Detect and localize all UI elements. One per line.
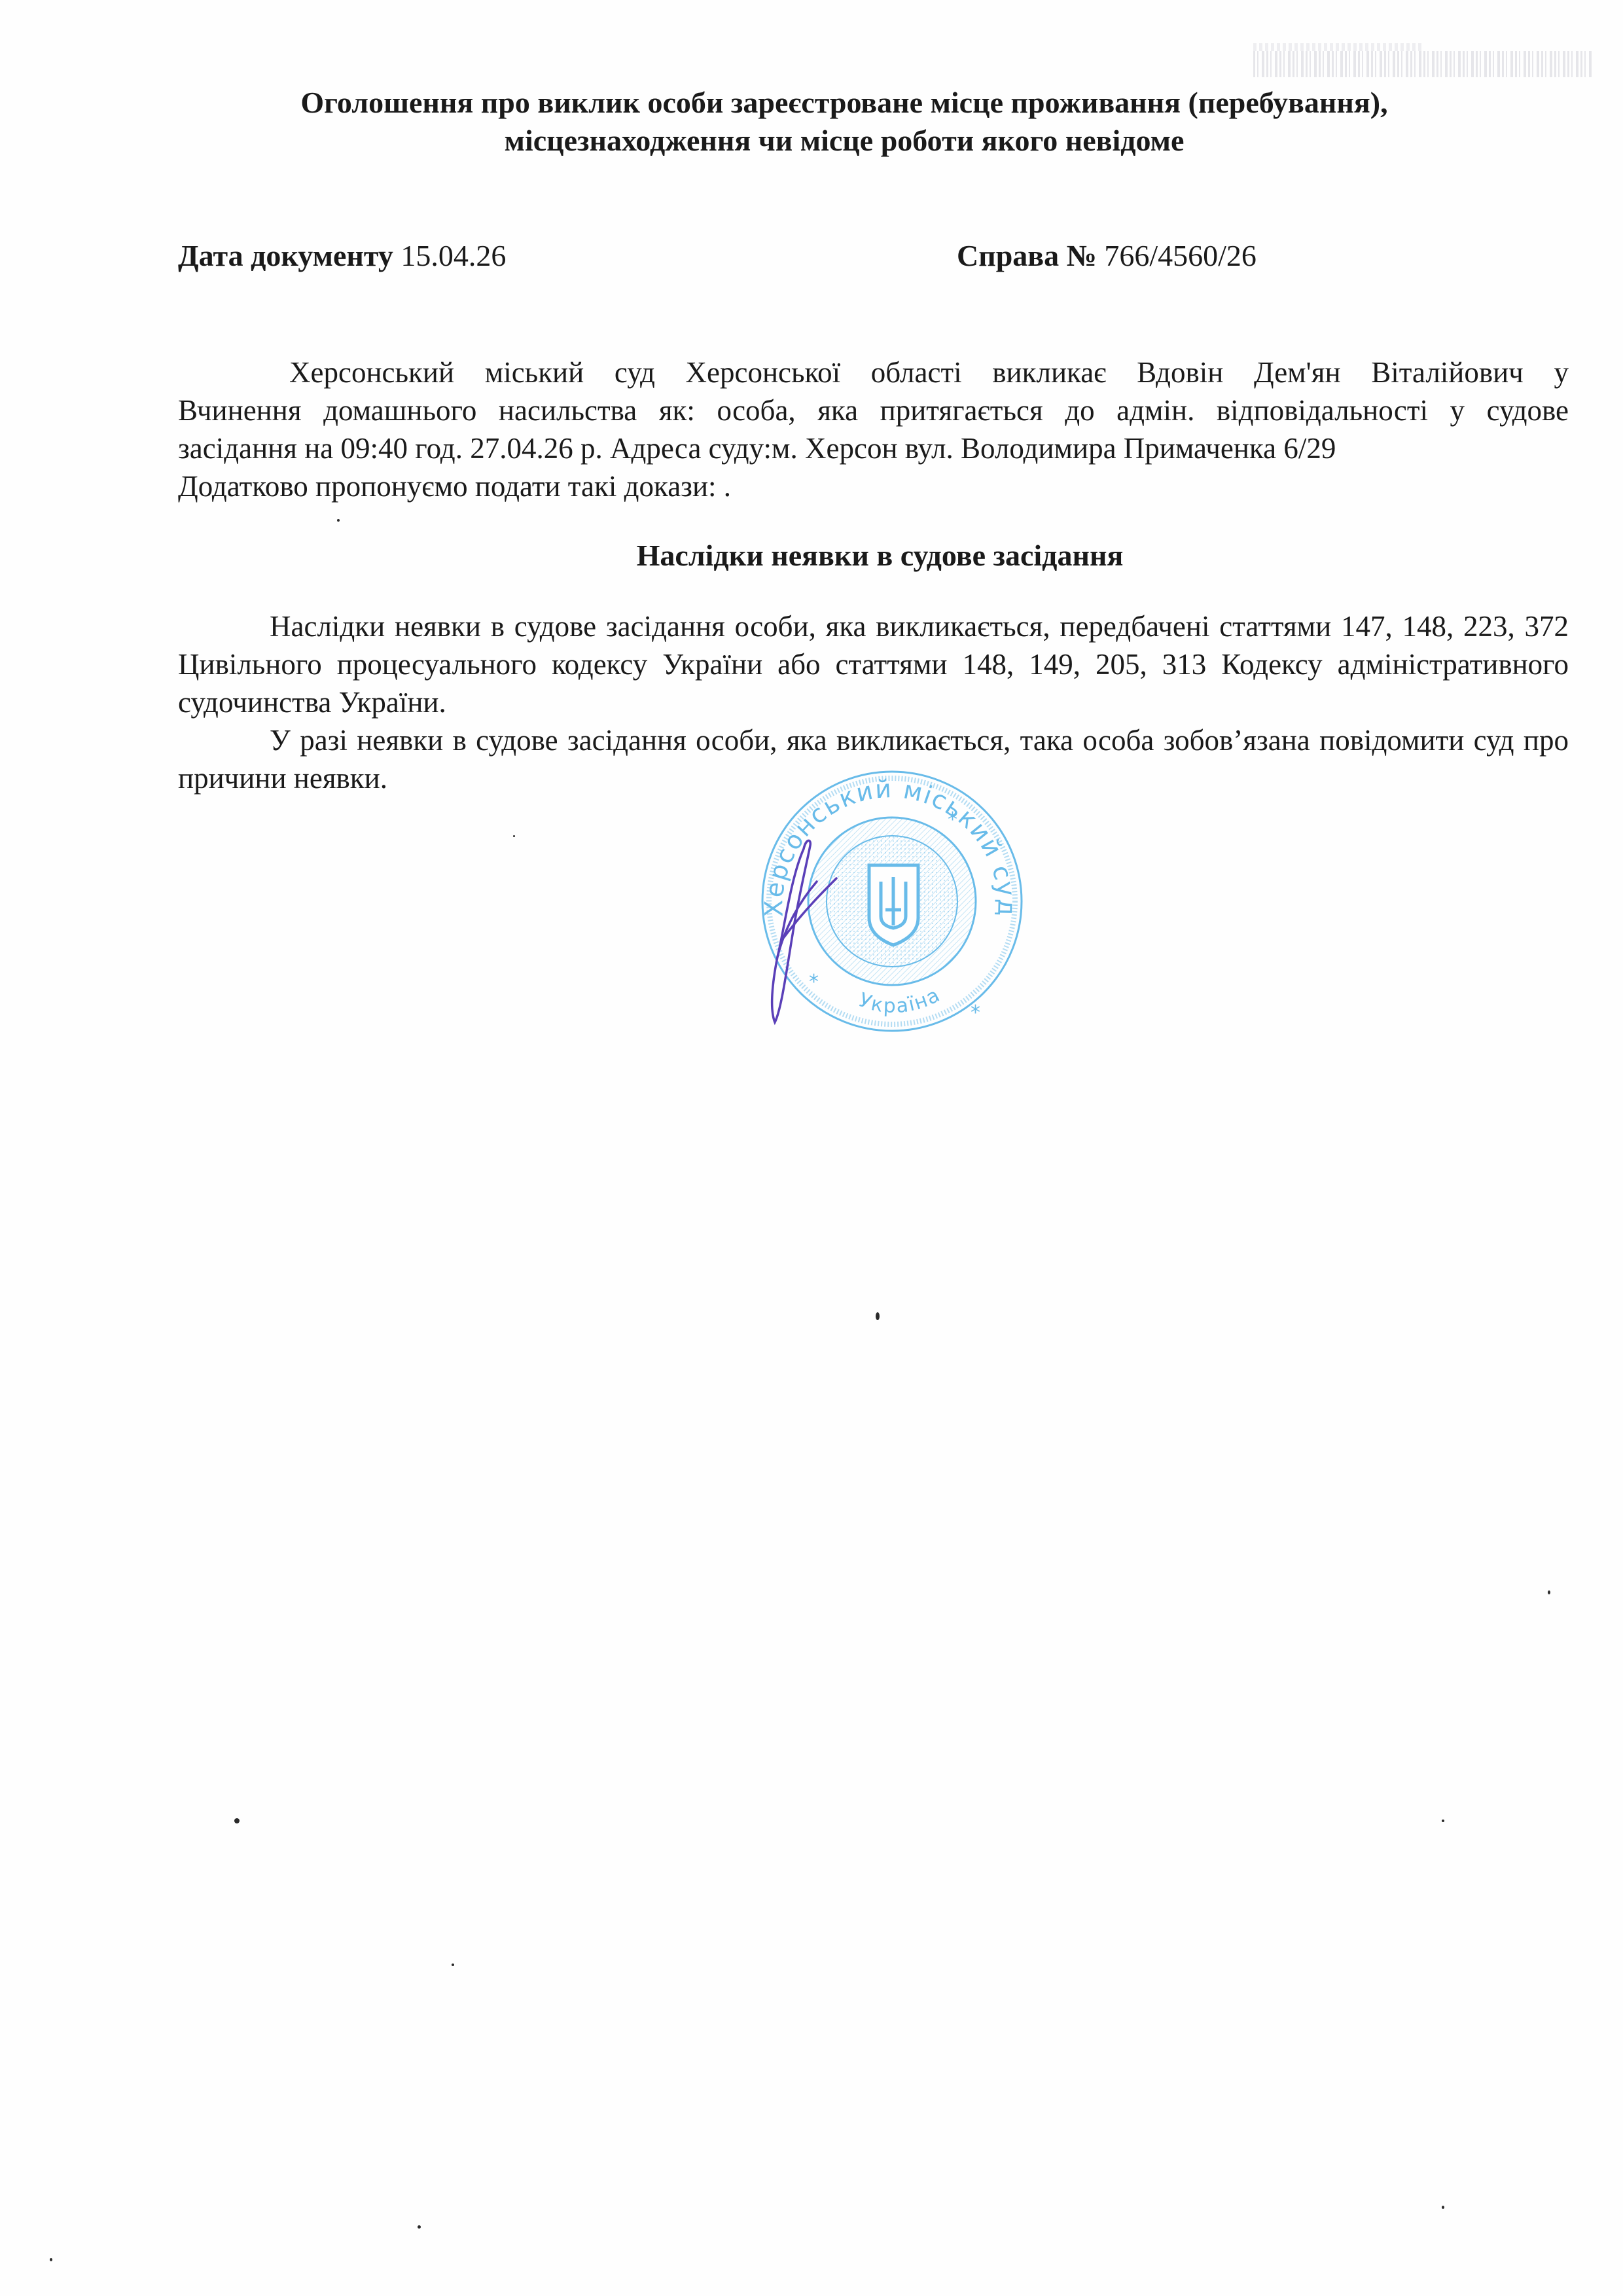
date-label: Дата документу — [178, 239, 393, 272]
summons-line-1: Херсонський міський суд Херсонської обла… — [178, 353, 1569, 391]
scan-speck — [876, 1312, 880, 1320]
consequences-paragraph-1: Наслідки неявки в судове засідання особи… — [178, 607, 1569, 721]
svg-text:*: * — [809, 971, 819, 994]
summons-paragraph: Херсонський міський суд Херсонської обла… — [178, 353, 1569, 505]
svg-text:*: * — [948, 808, 957, 831]
summons-line-4: Додатково пропонуємо подати такі докази:… — [178, 467, 1569, 505]
scan-speck — [50, 2258, 52, 2261]
scan-speck — [337, 519, 340, 522]
case-value: 766/4560/26 — [1104, 239, 1257, 272]
case-number: Справа № 766/4560/26 — [957, 237, 1257, 275]
date-value: 15.04.26 — [401, 239, 506, 272]
court-stamp: Херсонський міський суд Херсонської обла… — [738, 761, 1046, 1035]
scan-speck — [1442, 2206, 1444, 2209]
case-label: Справа № — [957, 239, 1097, 272]
barcode-bleed-through-text — [1253, 43, 1423, 51]
scan-speck — [452, 1964, 454, 1966]
consequences-heading: Наслідки неявки в судове засідання — [178, 537, 1569, 575]
summons-line-3: засідання на 09:40 год. 27.04.26 р. Адре… — [178, 429, 1569, 467]
svg-text:*: * — [971, 1001, 980, 1024]
svg-text:Україна: Україна — [856, 983, 945, 1018]
scan-speck — [1548, 1590, 1550, 1594]
document-title: Оголошення про виклик особи зареєстрован… — [0, 84, 1623, 160]
stamp-seal-icon: Херсонський міський суд Херсонської обла… — [738, 761, 1046, 1035]
scan-speck — [418, 2225, 421, 2229]
title-line-1: Оголошення про виклик особи зареєстрован… — [65, 84, 1623, 122]
document-date: Дата документу 15.04.26 — [178, 237, 506, 275]
document-meta-row: Дата документу 15.04.26 Справа № 766/456… — [178, 237, 1572, 276]
summons-line-2: Вчинення домашнього насильства як: особа… — [178, 391, 1569, 429]
scan-speck — [1442, 1820, 1444, 1822]
scan-speck — [513, 835, 515, 837]
title-line-2: місцезнаходження чи місце роботи якого н… — [65, 122, 1623, 160]
barcode-bleed-through — [1253, 51, 1594, 77]
scan-speck — [234, 1818, 240, 1823]
scanned-document-page: Оголошення про виклик особи зареєстрован… — [0, 0, 1623, 2296]
